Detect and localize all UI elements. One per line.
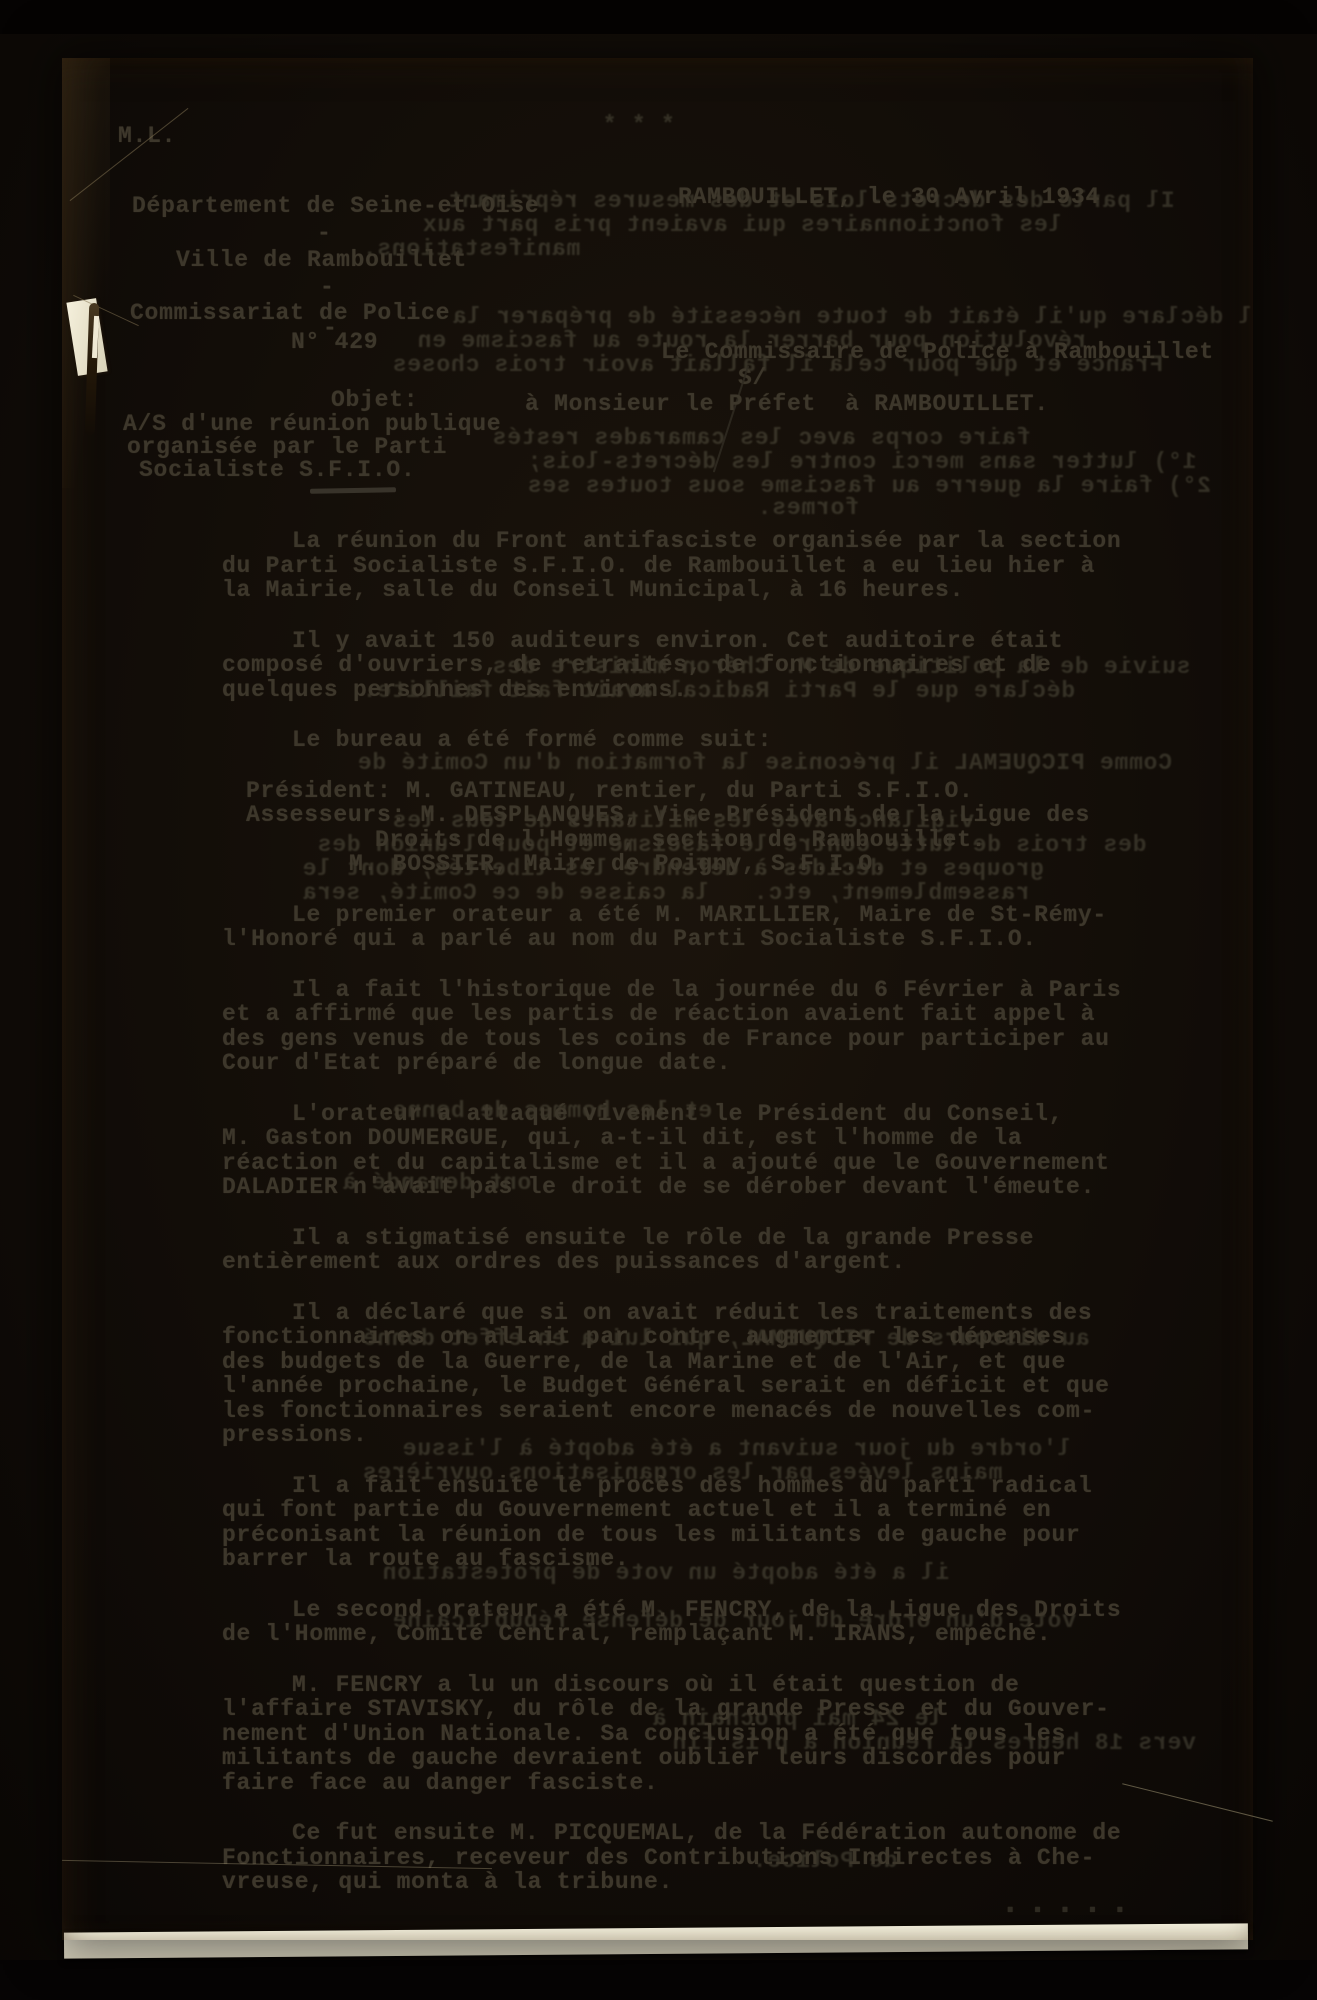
- body-paragraph: Il a stigmatisé ensuite le rôle de la gr…: [222, 1226, 1182, 1275]
- body-line: pressions.: [222, 1423, 1182, 1448]
- body-paragraph: Il a déclaré que si on avait réduit les …: [222, 1301, 1182, 1448]
- body-line: quelques personnes des environs.: [222, 678, 1182, 703]
- body-paragraph: La réunion du Front antifasciste organis…: [222, 529, 1182, 603]
- separator-dash: -: [320, 275, 335, 299]
- body-paragraph: Il a fait l'historique de la journée du …: [222, 978, 1182, 1076]
- body-line: l'année prochaine, le Budget Général ser…: [222, 1374, 1182, 1399]
- bleedthrough-line: * * *: [602, 112, 675, 138]
- body-paragraph: Le premier orateur a été M. MARILLIER, M…: [222, 903, 1182, 952]
- body-line: nement d'Union Nationale. Sa conclusion …: [222, 1722, 1182, 1747]
- body-line: Il a fait ensuite le procès des hommes d…: [222, 1474, 1182, 1499]
- subject-line: Socialiste S.F.I.O.: [139, 458, 416, 482]
- letterhead-line: Ville de Rambouillet: [176, 248, 467, 272]
- body-line: Le premier orateur a été M. MARILLIER, M…: [222, 903, 1182, 928]
- bleedthrough-line: 1°) lutter sans merci contre les décrets…: [527, 449, 1196, 475]
- body-line: qui font partie du Gouvernement actuel e…: [222, 1498, 1182, 1523]
- bleedthrough-line: formes.: [757, 495, 859, 521]
- dateline: RAMBOUILLET, le 30 Avril 1934: [678, 185, 1100, 209]
- body-line: Il y avait 150 auditeurs environ. Cet au…: [222, 629, 1182, 654]
- body-line: les fonctionnaires seraient encore menac…: [222, 1399, 1182, 1424]
- subject-line: organisée par le Parti: [127, 435, 447, 459]
- body-line: Ce fut ensuite M. PICQUEMAL, de la Fédér…: [222, 1821, 1182, 1846]
- body-line: militants de gauche devraient oublier le…: [222, 1746, 1182, 1771]
- body-paragraph: Président: M. GATINEAU, rentier, du Part…: [222, 779, 1182, 877]
- body-line: entièrement aux ordres des puissances d'…: [222, 1250, 1182, 1275]
- bleedthrough-line: Il déclare qu'il était de toute nécessit…: [452, 304, 1253, 330]
- body-paragraph: Le bureau a été formé comme suit:: [222, 728, 1182, 753]
- letterhead-line: Département de Seine-et-Oise: [132, 194, 539, 218]
- separator-dash: -: [317, 221, 332, 245]
- subject-label: Objet:: [331, 388, 418, 412]
- body-line: M. FENCRY a lu un discours où il était q…: [222, 1673, 1182, 1698]
- body-line: L'orateur a attaqué vivement le Présiden…: [222, 1102, 1182, 1127]
- body-paragraph: Le second orateur a été M. FENCRY, de la…: [222, 1598, 1182, 1647]
- sender-line: Le Commissaire de Police à Rambouillet: [661, 340, 1214, 364]
- reference-mark: M.L.: [118, 124, 176, 148]
- body-line: Le bureau a été formé comme suit:: [222, 728, 1182, 753]
- body-paragraph: Il y avait 150 auditeurs environ. Cet au…: [222, 629, 1182, 703]
- body-line: composé d'ouvriers, de retraités, de fon…: [222, 653, 1182, 678]
- bleedthrough-line: 2°) faire la guerre au fascisme sous tou…: [527, 473, 1211, 499]
- document-number: N° 429: [291, 330, 378, 354]
- body-line: Il a stigmatisé ensuite le rôle de la gr…: [222, 1226, 1182, 1251]
- body-line: réaction et du capitalisme et il a ajout…: [222, 1151, 1182, 1176]
- body-line: Assesseurs: M. DESPLANQUES, Vice-Préside…: [222, 803, 1182, 828]
- body-paragraph: L'orateur a attaqué vivement le Présiden…: [222, 1102, 1182, 1200]
- document-body: La réunion du Front antifasciste organis…: [222, 529, 1182, 1921]
- body-line: l'Honoré qui a parlé au nom du Parti Soc…: [222, 927, 1182, 952]
- body-line: fonctionnaires on allait par contre augm…: [222, 1325, 1182, 1350]
- photograph: * * *Il parle des décrets-lois et des me…: [0, 0, 1317, 2000]
- body-line: la Mairie, salle du Conseil Municipal, à…: [222, 578, 1182, 603]
- body-line: DALADIER n'avait pas le droit de se déro…: [222, 1175, 1182, 1200]
- body-line: Droits de l'Homme, section de Rambouille…: [222, 828, 1182, 853]
- body-line: l'affaire STAVISKY, du rôle de la grande…: [222, 1697, 1182, 1722]
- body-line: préconisant la réunion de tous les milit…: [222, 1523, 1182, 1548]
- body-paragraph: Il a fait ensuite le procès des hommes d…: [222, 1474, 1182, 1572]
- body-line: et a affirmé que les partis de réaction …: [222, 1002, 1182, 1027]
- paper-sheet: * * *Il parle des décrets-lois et des me…: [62, 58, 1253, 1940]
- body-line: des budgets de la Guerre, de la Marine e…: [222, 1350, 1182, 1375]
- body-paragraph: M. FENCRY a lu un discours où il était q…: [222, 1673, 1182, 1796]
- body-line: M. BOSSIER, Maire de Poigny, S.F.I.O.: [222, 852, 1182, 877]
- body-line: M. Gaston DOUMERGUE, qui, a-t-il dit, es…: [222, 1126, 1182, 1151]
- body-paragraph: Ce fut ensuite M. PICQUEMAL, de la Fédér…: [222, 1821, 1182, 1895]
- photo-bottom-border: [0, 1960, 1317, 2000]
- body-line: du Parti Socialiste S.F.I.O. de Rambouil…: [222, 554, 1182, 579]
- body-line: Président: M. GATINEAU, rentier, du Part…: [222, 779, 1182, 804]
- body-line: Il a fait l'historique de la journée du …: [222, 978, 1182, 1003]
- photo-top-border: [0, 0, 1317, 34]
- body-line: Cour d'Etat préparé de longue date.: [222, 1051, 1182, 1076]
- letterhead-line: Commissariat de Police: [130, 301, 450, 325]
- body-line: La réunion du Front antifasciste organis…: [222, 529, 1182, 554]
- body-line: des gens venus de tous les coins de Fran…: [222, 1027, 1182, 1052]
- body-line: Le second orateur a été M. FENCRY, de la…: [222, 1598, 1182, 1623]
- body-line: faire face au danger fasciste.: [222, 1771, 1182, 1796]
- bleedthrough-line: faire corps avec les camarades restés: [492, 425, 1030, 451]
- recipient-line: à Monsieur le Préfet à RAMBOUILLET.: [525, 392, 1049, 416]
- subject-line: A/S d'une réunion publique: [123, 412, 501, 436]
- body-line: de l'Homme, Comité Central, remplaçant M…: [222, 1622, 1182, 1647]
- body-line: barrer la route au fascisme.: [222, 1547, 1182, 1572]
- body-line: Il a déclaré que si on avait réduit les …: [222, 1301, 1182, 1326]
- closing-dots: .....: [1000, 1894, 1137, 1914]
